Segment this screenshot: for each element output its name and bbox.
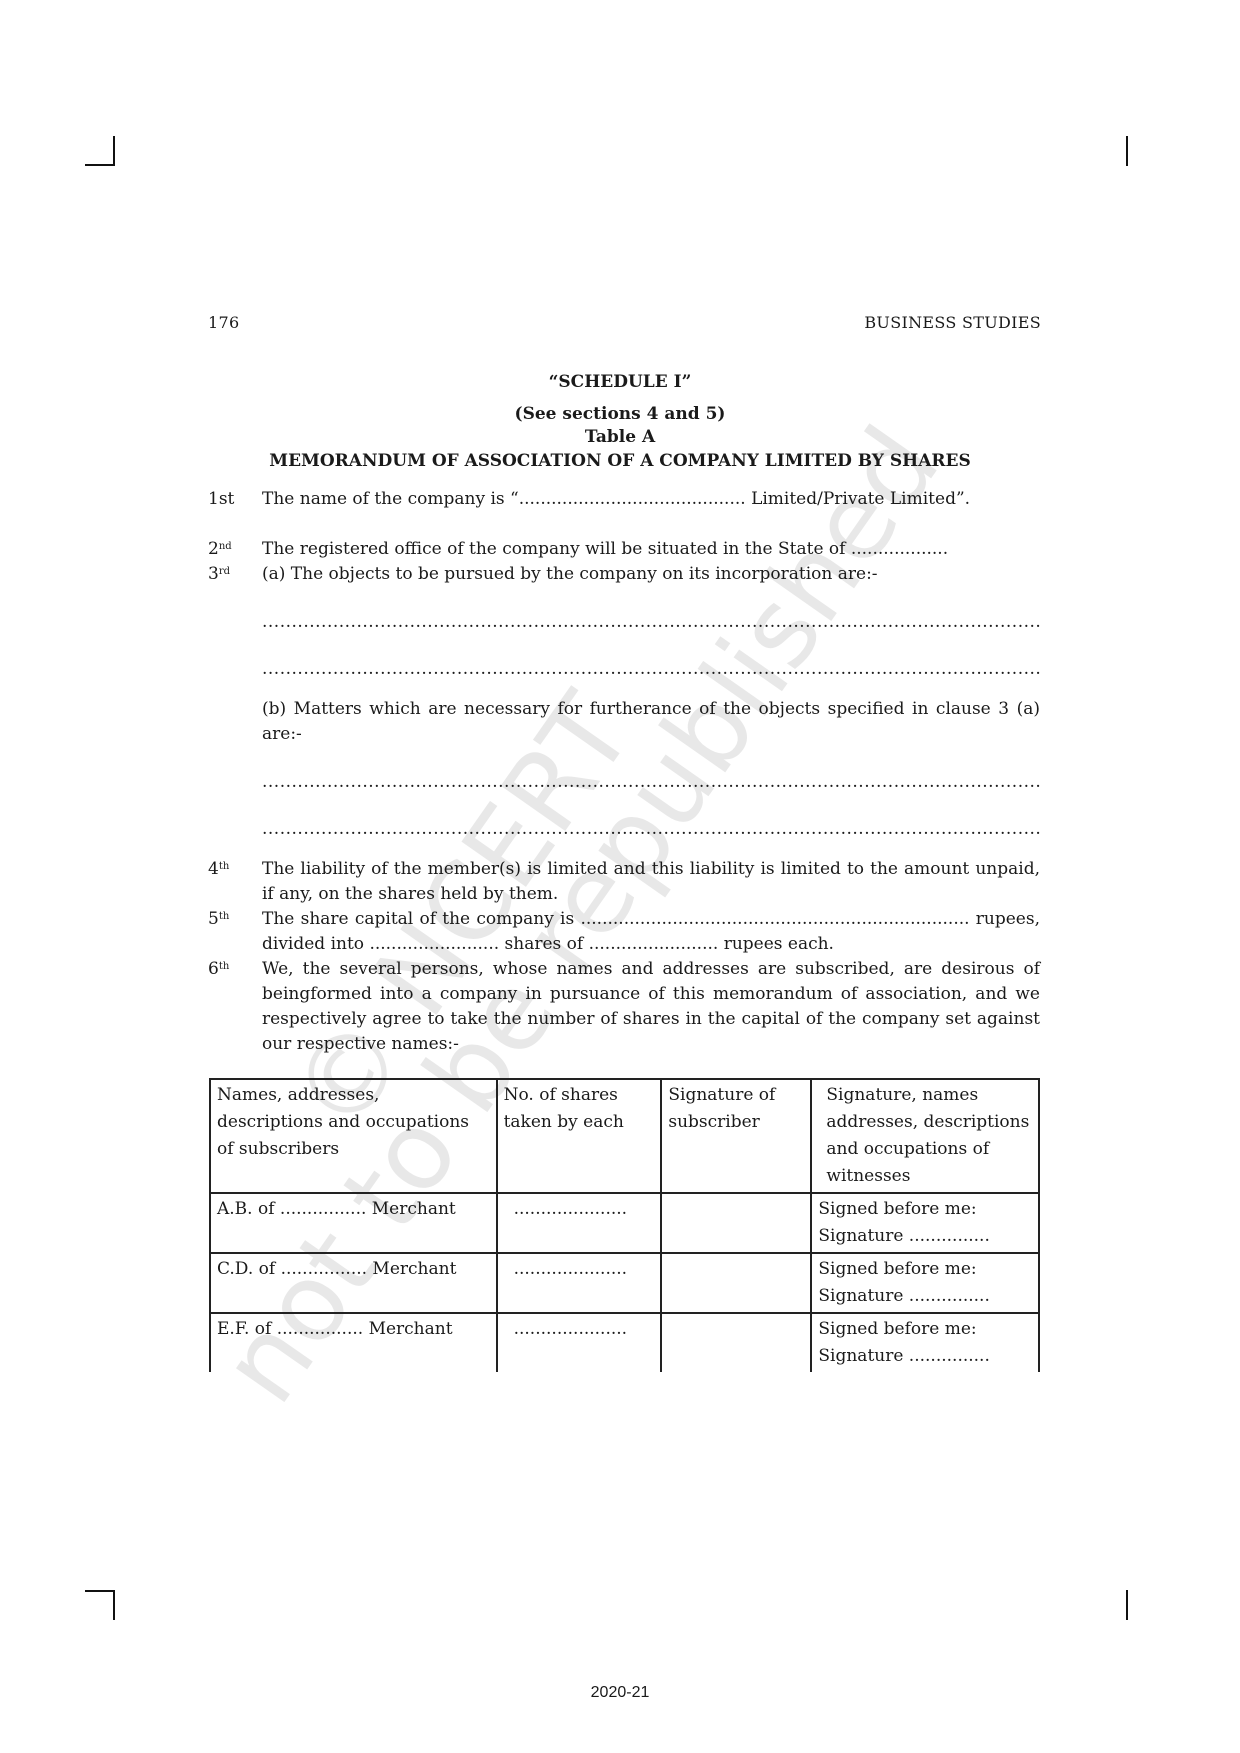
footer-year: 2020-21 (0, 1684, 1240, 1702)
clause-text: We, the several persons, whose names and… (262, 957, 1040, 1057)
cell-name: A.B. of ................ Merchant (210, 1193, 497, 1253)
table-row: C.D. of ................ Merchant ......… (210, 1253, 1039, 1313)
header-witnesses: Signature, names addresses, descriptions… (811, 1079, 1039, 1193)
cell-shares: ..................... (497, 1313, 662, 1372)
witness-signature: Signature ............... (818, 1223, 1032, 1250)
clause-number: 2nd (208, 537, 258, 562)
crop-mark-top-left-h (85, 164, 115, 166)
cell-signature (661, 1313, 811, 1372)
header-shares: No. of shares taken by each (497, 1079, 662, 1193)
clause-4: 4th The liability of the member(s) is li… (208, 857, 1040, 907)
crop-mark-bottom-right-v (1126, 1590, 1128, 1620)
witness-signed: Signed before me: (818, 1316, 1032, 1343)
cell-name: E.F. of ................ Merchant (210, 1313, 497, 1372)
clause-number: 1st (208, 487, 258, 512)
table-row: E.F. of ................ Merchant ......… (210, 1313, 1039, 1372)
table-row: A.B. of ................ Merchant ......… (210, 1193, 1039, 1253)
clause-text: (a) The objects to be pursued by the com… (262, 562, 1040, 587)
subscribers-table: Names, addresses, descriptions and occup… (209, 1078, 1040, 1372)
cell-shares: ..................... (497, 1253, 662, 1313)
clause-text: The share capital of the company is ....… (262, 907, 1040, 957)
clause-5: 5th The share capital of the company is … (208, 907, 1040, 957)
clause-number: 3rd (208, 562, 258, 587)
clause-number: 6th (208, 957, 258, 982)
cell-witness: Signed before me:Signature .............… (811, 1253, 1039, 1313)
clause-3a: 3rd (a) The objects to be pursued by the… (208, 562, 1040, 587)
clause-text: The name of the company is “............… (262, 487, 1040, 512)
blank-line-3b-1: ........................................… (262, 772, 1040, 792)
blank-line-3a-2: ........................................… (262, 659, 1040, 679)
clause-text: The registered office of the company wil… (262, 537, 1040, 562)
memorandum-title: MEMORANDUM OF ASSOCIATION OF A COMPANY L… (180, 451, 1060, 471)
witness-signed: Signed before me: (818, 1196, 1032, 1223)
witness-signature: Signature ............... (818, 1283, 1032, 1310)
page-number: 176 (208, 313, 239, 332)
header-names: Names, addresses, descriptions and occup… (210, 1079, 497, 1193)
cell-signature (661, 1253, 811, 1313)
clause-1: 1st The name of the company is “........… (208, 487, 1040, 512)
cell-witness: Signed before me:Signature .............… (811, 1313, 1039, 1372)
crop-mark-top-right-v (1126, 136, 1128, 166)
clause-2: 2nd The registered office of the company… (208, 537, 1040, 562)
header-signature: Signature of subscriber (661, 1079, 811, 1193)
cell-witness: Signed before me:Signature .............… (811, 1193, 1039, 1253)
cell-name: C.D. of ................ Merchant (210, 1253, 497, 1313)
schedule-heading: “SCHEDULE I” (180, 372, 1060, 392)
cell-shares: ..................... (497, 1193, 662, 1253)
clause-number: 4th (208, 857, 258, 882)
crop-mark-bottom-left-v (113, 1590, 115, 1620)
witness-signed: Signed before me: (818, 1256, 1032, 1283)
clause-text: The liability of the member(s) is limite… (262, 857, 1040, 907)
blank-line-3b-2: ........................................… (262, 819, 1040, 839)
cell-signature (661, 1193, 811, 1253)
clause-text: (b) Matters which are necessary for furt… (262, 697, 1040, 747)
crop-mark-bottom-left-h (85, 1590, 115, 1592)
clause-number: 5th (208, 907, 258, 932)
table-heading: Table A (180, 427, 1060, 447)
clause-3b: (b) Matters which are necessary for furt… (208, 697, 1040, 747)
blank-line-3a-1: ........................................… (262, 612, 1040, 632)
witness-signature: Signature ............... (818, 1343, 1032, 1370)
crop-mark-top-left-v (113, 136, 115, 166)
book-title: BUSINESS STUDIES (864, 313, 1041, 332)
clause-6: 6th We, the several persons, whose names… (208, 957, 1040, 1057)
see-sections-heading: (See sections 4 and 5) (180, 404, 1060, 424)
table-header-row: Names, addresses, descriptions and occup… (210, 1079, 1039, 1193)
